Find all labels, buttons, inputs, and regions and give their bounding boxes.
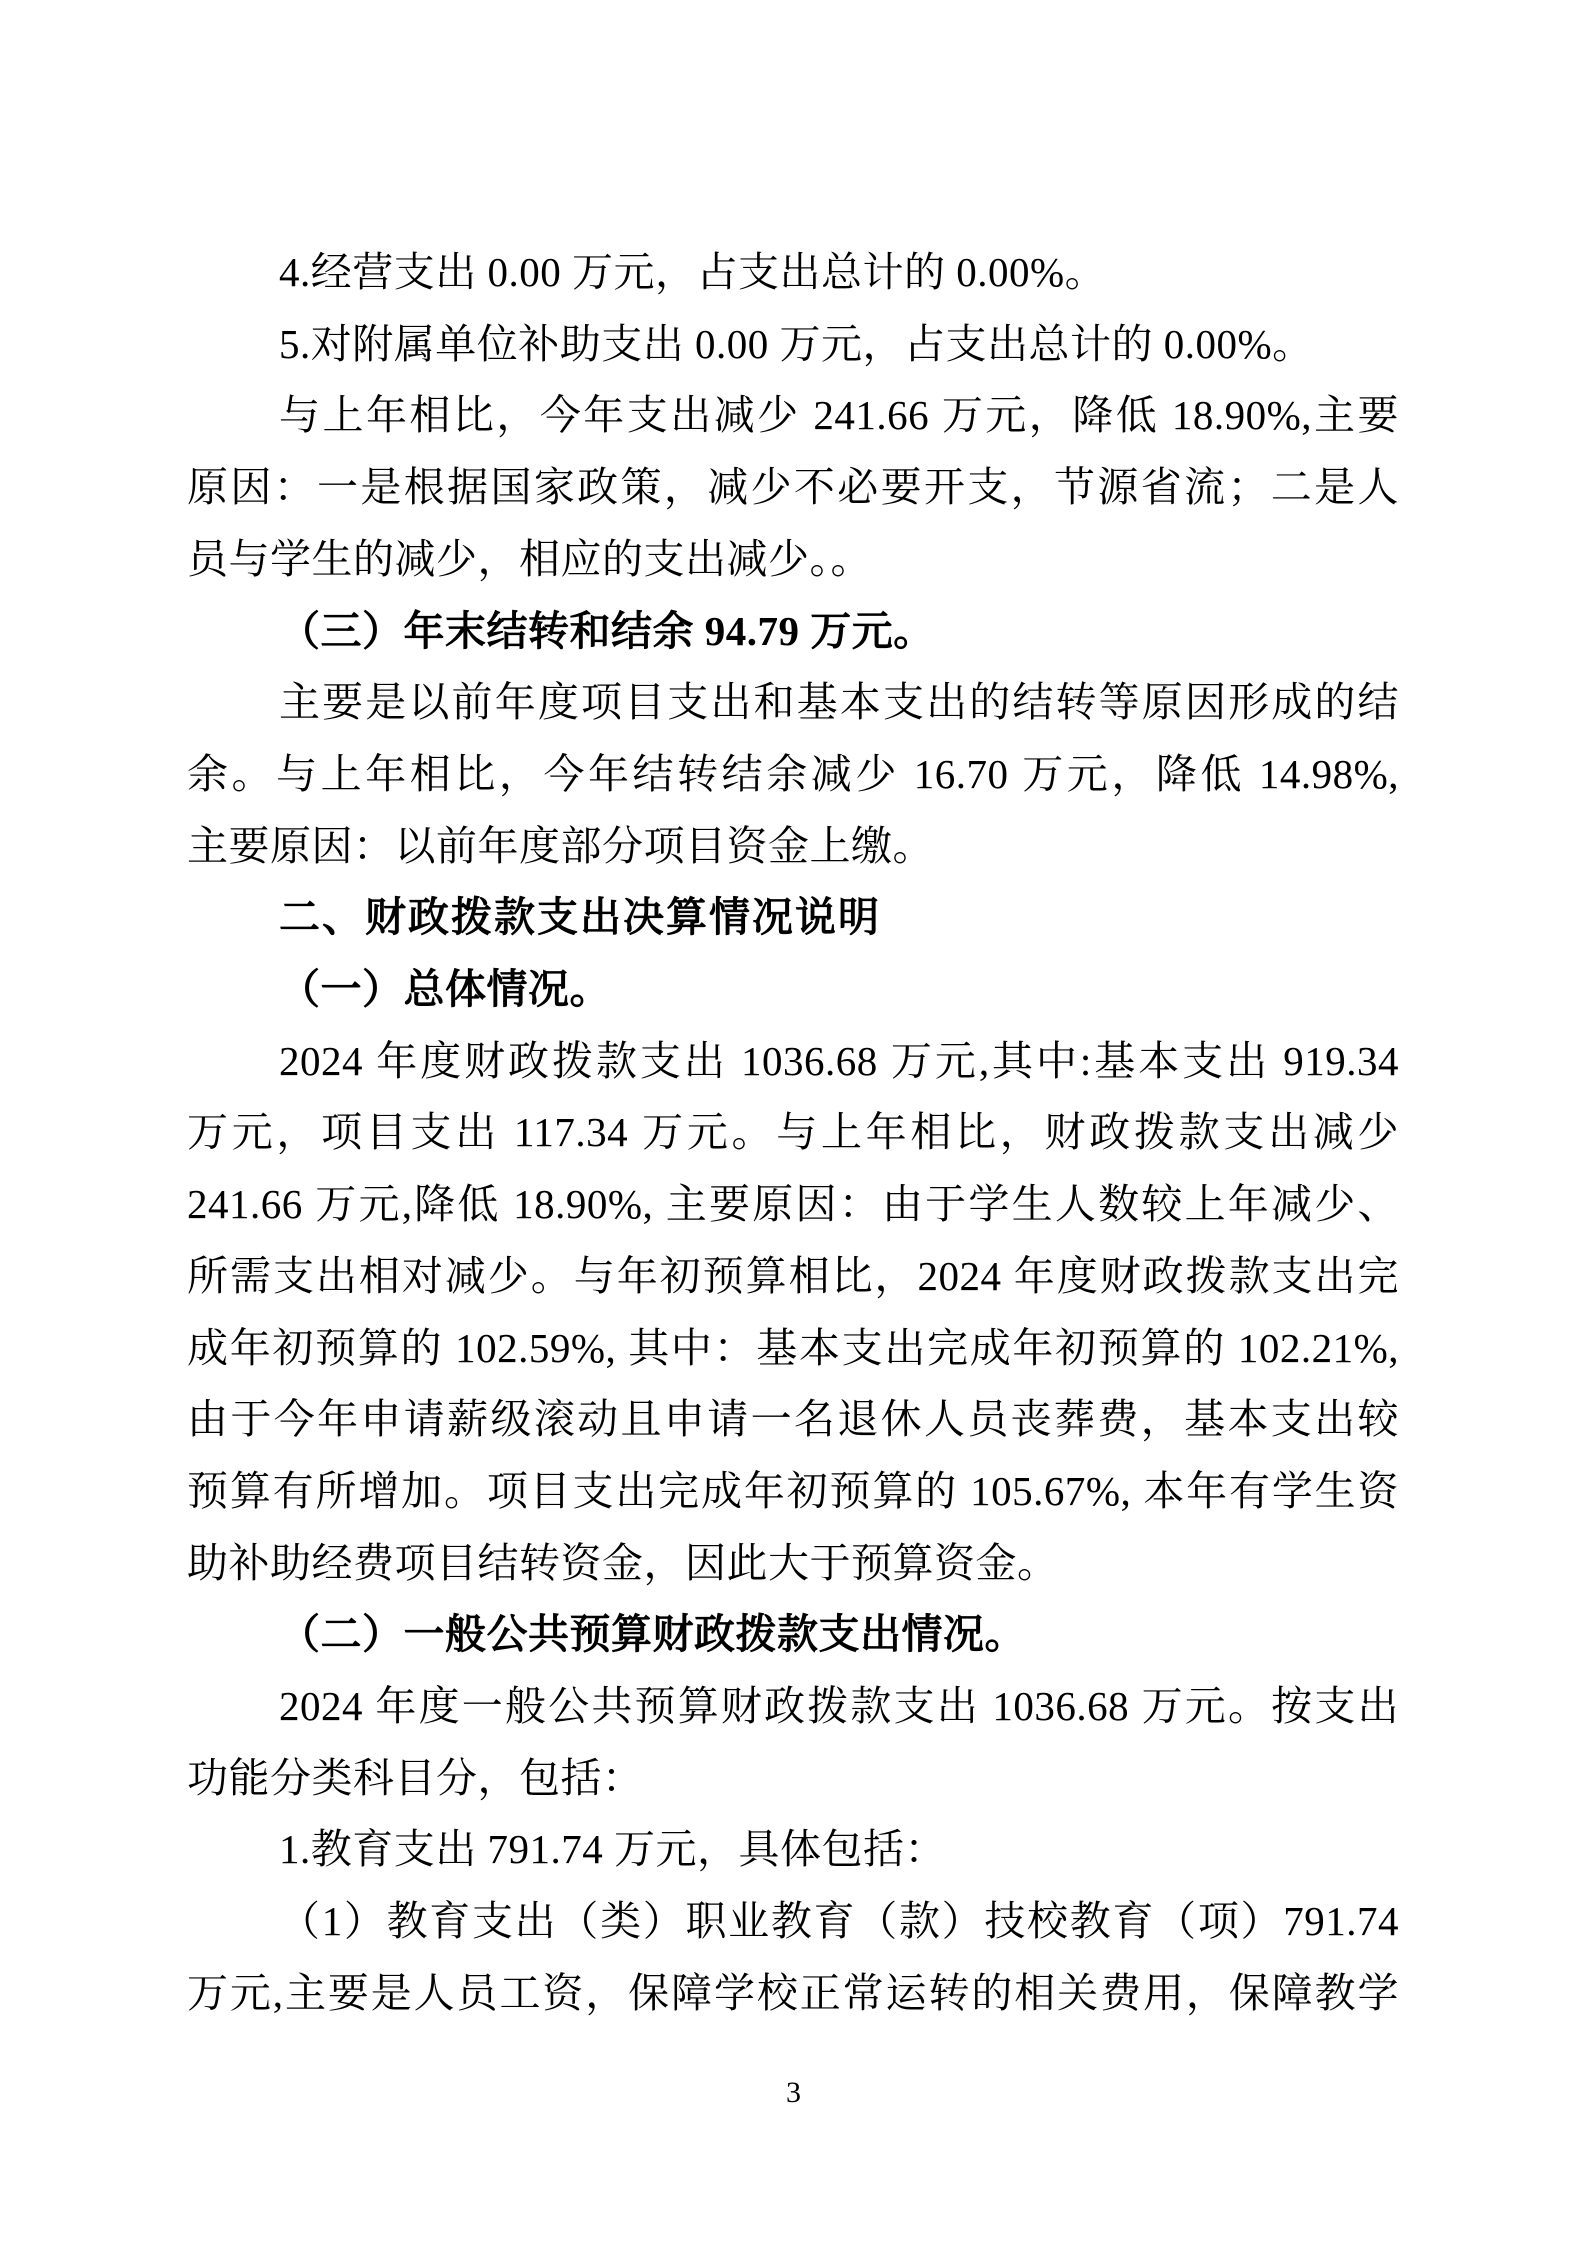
text-line: 主要原因：以前年度部分项目资金上缴。 (187, 811, 1399, 883)
text-line: 与上年相比，今年支出减少 241.66 万元，降低 18.90%,主要 (187, 380, 1399, 452)
text-line: 主要是以前年度项目支出和基本支出的结转等原因形成的结 (187, 667, 1399, 739)
text-line: 2024 年度一般公共预算财政拨款支出 1036.68 万元。按支出 (187, 1671, 1399, 1743)
heading-line: （一）总体情况。 (187, 954, 1399, 1026)
text-line: 预算有所增加。项目支出完成年初预算的 105.67%, 本年有学生资 (187, 1456, 1399, 1528)
text-line: 2024 年度财政拨款支出 1036.68 万元,其中:基本支出 919.34 (187, 1026, 1399, 1098)
heading-line: 二、财政拨款支出决算情况说明 (187, 882, 1399, 954)
text-line: （1）教育支出（类）职业教育（款）技校教育（项）791.74 (187, 1886, 1399, 1958)
text-line: 由于今年申请薪级滚动且申请一名退休人员丧葬费，基本支出较 (187, 1384, 1399, 1456)
text-line: 4.经营支出 0.00 万元，占支出总计的 0.00%。 (187, 237, 1399, 309)
heading-line: （二）一般公共预算财政拨款支出情况。 (187, 1599, 1399, 1671)
text-line: 原因：一是根据国家政策，减少不必要开支，节源省流；二是人 (187, 452, 1399, 524)
document-page: 4.经营支出 0.00 万元，占支出总计的 0.00%。5.对附属单位补助支出 … (0, 0, 1587, 2245)
text-line: 成年初预算的 102.59%, 其中：基本支出完成年初预算的 102.21%, (187, 1313, 1399, 1385)
page-number: 3 (0, 2076, 1587, 2110)
heading-line: （三）年末结转和结余 94.79 万元。 (187, 596, 1399, 668)
text-line: 员与学生的减少，相应的支出减少。。 (187, 524, 1399, 596)
text-line: 万元,主要是人员工资，保障学校正常运转的相关费用，保障教学 (187, 1958, 1399, 2030)
text-line: 功能分类科目分，包括： (187, 1743, 1399, 1815)
text-line: 241.66 万元,降低 18.90%, 主要原因：由于学生人数较上年减少、 (187, 1169, 1399, 1241)
text-line: 所需支出相对减少。与年初预算相比，2024 年度财政拨款支出完 (187, 1241, 1399, 1313)
text-line: 余。与上年相比，今年结转结余减少 16.70 万元，降低 14.98%, (187, 739, 1399, 811)
text-line: 万元，项目支出 117.34 万元。与上年相比，财政拨款支出减少 (187, 1097, 1399, 1169)
text-line: 1.教育支出 791.74 万元，具体包括： (187, 1814, 1399, 1886)
text-block: 4.经营支出 0.00 万元，占支出总计的 0.00%。5.对附属单位补助支出 … (187, 237, 1399, 2030)
text-line: 助补助经费项目结转资金，因此大于预算资金。 (187, 1528, 1399, 1600)
text-line: 5.对附属单位补助支出 0.00 万元，占支出总计的 0.00%。 (187, 309, 1399, 381)
